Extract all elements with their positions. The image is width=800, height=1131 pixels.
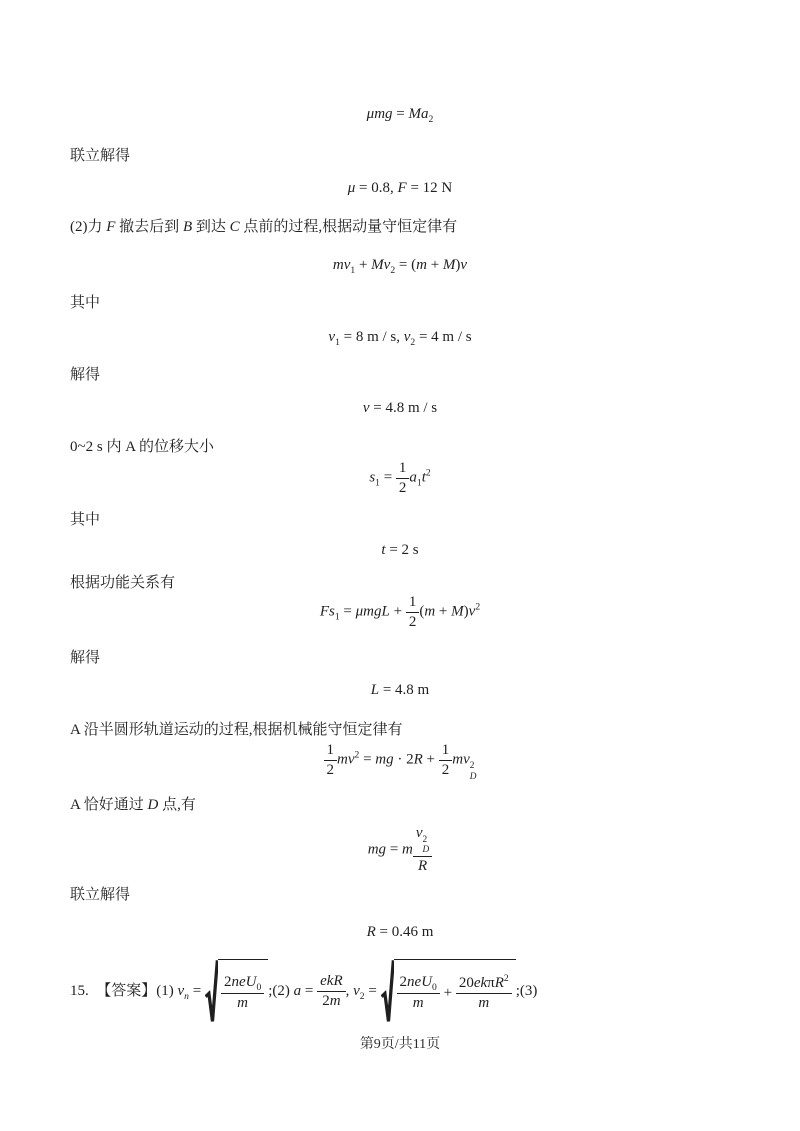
formula-line: L = 4.8 m	[0, 680, 800, 700]
radicand: 2neU0m	[218, 959, 268, 1024]
numerator: 2neU0	[397, 974, 440, 995]
fraction: 12	[396, 460, 410, 497]
radical-sign-icon	[381, 959, 394, 1024]
math-var: mv	[452, 752, 470, 768]
radical-sign-icon	[205, 959, 218, 1024]
sub-sup-stack: 2D	[470, 761, 477, 781]
math-var: mg	[368, 841, 386, 857]
math-text: 2	[399, 480, 407, 496]
math-text: ,	[346, 983, 354, 999]
text-line: 联立解得	[0, 885, 800, 905]
text-line: A 恰好通过 D 点,有	[0, 795, 800, 815]
math-text: = 4.8 m	[379, 682, 429, 698]
math-text: =	[393, 106, 409, 122]
denominator: 2	[406, 613, 420, 631]
math-text: 点前的过程,根据动量守恒定律有	[240, 219, 458, 235]
math-text: +	[423, 752, 439, 768]
math-text: =	[380, 470, 396, 486]
text-line: 其中	[0, 510, 800, 530]
math-var: m	[402, 841, 413, 857]
math-var: v	[460, 257, 467, 273]
math-text: 1	[409, 594, 417, 610]
math-var: C	[230, 219, 240, 235]
math-var: R	[418, 858, 427, 874]
math-text: A 沿半圆形轨道运动的过程,根据机械能守恒定律有	[70, 722, 403, 738]
math-var: L	[371, 682, 379, 698]
denominator: 2	[324, 761, 338, 779]
math-var: ekR	[320, 973, 342, 989]
math-var: m	[478, 995, 489, 1011]
math-text: 1	[327, 742, 335, 758]
fraction: ekR2m	[317, 973, 345, 1010]
math-text: +	[435, 604, 451, 620]
math-var: μmg	[367, 106, 393, 122]
formula-line: μmg = Ma2	[0, 104, 800, 125]
math-text: = 0.46 m	[376, 924, 434, 940]
numerator: 20ekπR2	[456, 974, 512, 994]
fraction: 12	[439, 742, 453, 779]
text-line: 解得	[0, 365, 800, 385]
math-text: = (	[395, 257, 416, 273]
math-var: v	[353, 983, 360, 999]
subscript: D	[423, 845, 430, 855]
math-text: 1	[442, 742, 450, 758]
superscript: 2	[470, 761, 475, 771]
denominator: m	[397, 994, 440, 1012]
math-text: 2	[327, 762, 335, 778]
math-var: v	[416, 825, 423, 841]
math-text: =	[189, 983, 205, 999]
math-text: =	[365, 983, 381, 999]
math-text: · 2	[394, 752, 414, 768]
text-line: (2)力 F 撤去后到 B 到达 C 点前的过程,根据动量守恒定律有	[0, 217, 800, 237]
math-var: a	[409, 470, 417, 486]
math-text: =	[340, 604, 356, 620]
math-var: μmgL	[356, 604, 390, 620]
math-text: =	[301, 983, 317, 999]
radical: 2neU0m + 20ekπR2m	[381, 959, 516, 1024]
fraction: 12	[324, 742, 338, 779]
text-line: A 沿半圆形轨道运动的过程,根据机械能守恒定律有	[0, 720, 800, 740]
superscript: 2	[423, 835, 428, 845]
math-text: 20	[459, 975, 474, 991]
numerator: ekR	[317, 973, 345, 992]
math-var: mv	[333, 257, 351, 273]
math-var: m	[413, 995, 424, 1011]
math-text: = 0.8,	[355, 180, 397, 196]
numerator: 1	[439, 742, 453, 761]
math-var: D	[148, 797, 159, 813]
math-text: 解得	[70, 367, 100, 383]
math-text: = 12 N	[407, 180, 453, 196]
math-var: m	[416, 257, 427, 273]
superscript: 2	[426, 468, 431, 479]
math-var: M	[451, 604, 464, 620]
denominator: m	[456, 994, 512, 1012]
math-text: 其中	[70, 295, 100, 311]
math-text: +	[355, 257, 371, 273]
denominator: 2	[439, 761, 453, 779]
math-text: =	[359, 752, 375, 768]
denominator: 2m	[317, 992, 345, 1010]
math-text: =	[386, 841, 402, 857]
denominator: 2	[396, 479, 410, 497]
math-var: M	[443, 257, 456, 273]
math-var: Mv	[371, 257, 390, 273]
fraction: 2neU0m	[397, 974, 440, 1012]
formula-line: μ = 0.8, F = 12 N	[0, 178, 800, 198]
math-var: Fs	[320, 604, 335, 620]
math-text: = 4.8 m / s	[370, 400, 438, 416]
math-text: 点,有	[158, 797, 196, 813]
text-line: 其中	[0, 293, 800, 313]
math-text: 根据功能关系有	[70, 575, 175, 591]
denominator: m	[221, 994, 264, 1012]
math-text: 联立解得	[70, 887, 130, 903]
text-line: 0~2 s 内 A 的位移大小	[0, 437, 800, 457]
math-text: 其中	[70, 512, 100, 528]
math-text: A 恰好通过	[70, 797, 148, 813]
math-text: 15. 【答案】(1)	[70, 983, 178, 999]
math-var: R	[414, 752, 423, 768]
radicand: 2neU0m + 20ekπR2m	[394, 959, 516, 1024]
math-var: R	[367, 924, 376, 940]
math-text: 解得	[70, 650, 100, 666]
subscript: D	[470, 772, 477, 782]
subscript: 0	[256, 982, 261, 993]
math-var: B	[183, 219, 192, 235]
superscript: 2	[475, 602, 480, 613]
math-var: ek	[474, 975, 487, 991]
document-page: μmg = Ma2联立解得μ = 0.8, F = 12 N(2)力 F 撤去后…	[0, 0, 800, 1131]
math-text: ;(3)	[516, 983, 538, 999]
math-var: Ma	[409, 106, 429, 122]
math-text: 1	[399, 460, 407, 476]
subscript: 0	[432, 982, 437, 993]
formula-line: t = 2 s	[0, 540, 800, 560]
math-var: mg	[375, 752, 393, 768]
numerator: 1	[324, 742, 338, 761]
text-line: 15. 【答案】(1) vn = 2neU0m;(2) a = ekR2m, v…	[0, 959, 800, 1024]
sub-sup-stack: 2D	[423, 835, 430, 855]
math-var: m	[237, 995, 248, 1011]
formula-line: v1 = 8 m / s, v2 = 4 m / s	[0, 327, 800, 348]
formula-line: R = 0.46 m	[0, 922, 800, 942]
math-text: 到达	[192, 219, 230, 235]
text-line: 根据功能关系有	[0, 573, 800, 593]
math-text: +	[390, 604, 406, 620]
fraction: 12	[406, 594, 420, 631]
math-text: 2	[409, 614, 417, 630]
fraction: 20ekπR2m	[456, 974, 512, 1012]
fraction: 2neU0m	[221, 974, 264, 1012]
math-text: = 2 s	[386, 542, 419, 558]
formula-line: s1 = 12a1t2	[0, 460, 800, 497]
formula-line: mg = mv2DR	[0, 825, 800, 875]
formula-line: Fs1 = μmgL + 12(m + M)v2	[0, 594, 800, 631]
fraction: v2DR	[413, 825, 432, 875]
numerator: 2neU0	[221, 974, 264, 995]
denominator: R	[413, 857, 432, 875]
math-var: neU	[231, 974, 256, 990]
page-number: 第9页/共11页	[0, 1033, 800, 1053]
numerator: v2D	[413, 825, 432, 857]
math-text: 0~2 s 内 A 的位移大小	[70, 439, 214, 455]
math-text: 联立解得	[70, 148, 130, 164]
superscript: 2	[504, 973, 509, 984]
math-text: 撤去后到	[115, 219, 183, 235]
subscript: 2	[429, 114, 434, 125]
radical: 2neU0m	[205, 959, 268, 1024]
formula-line: 12mv2 = mg · 2R + 12mv2D	[0, 742, 800, 782]
text-line: 解得	[0, 648, 800, 668]
math-var: neU	[407, 974, 432, 990]
text-line: 联立解得	[0, 146, 800, 166]
math-text: π	[487, 975, 495, 991]
math-text: = 4 m / s	[415, 329, 471, 345]
formula-line: v = 4.8 m / s	[0, 398, 800, 418]
math-text: ;(2)	[268, 983, 293, 999]
math-text: +	[440, 983, 456, 1003]
math-text: = 8 m / s,	[340, 329, 404, 345]
formula-line: mv1 + Mv2 = (m + M)v	[0, 255, 800, 276]
math-text: +	[427, 257, 443, 273]
math-var: v	[363, 400, 370, 416]
math-text: (2)力	[70, 219, 106, 235]
numerator: 1	[406, 594, 420, 613]
math-text: 2	[400, 974, 408, 990]
math-text: 2	[442, 762, 450, 778]
math-var: m	[424, 604, 435, 620]
math-var: m	[330, 993, 341, 1009]
math-var: R	[495, 975, 504, 991]
math-var: F	[398, 180, 407, 196]
math-var: mv	[337, 752, 355, 768]
numerator: 1	[396, 460, 410, 479]
math-text: 2	[322, 993, 330, 1009]
